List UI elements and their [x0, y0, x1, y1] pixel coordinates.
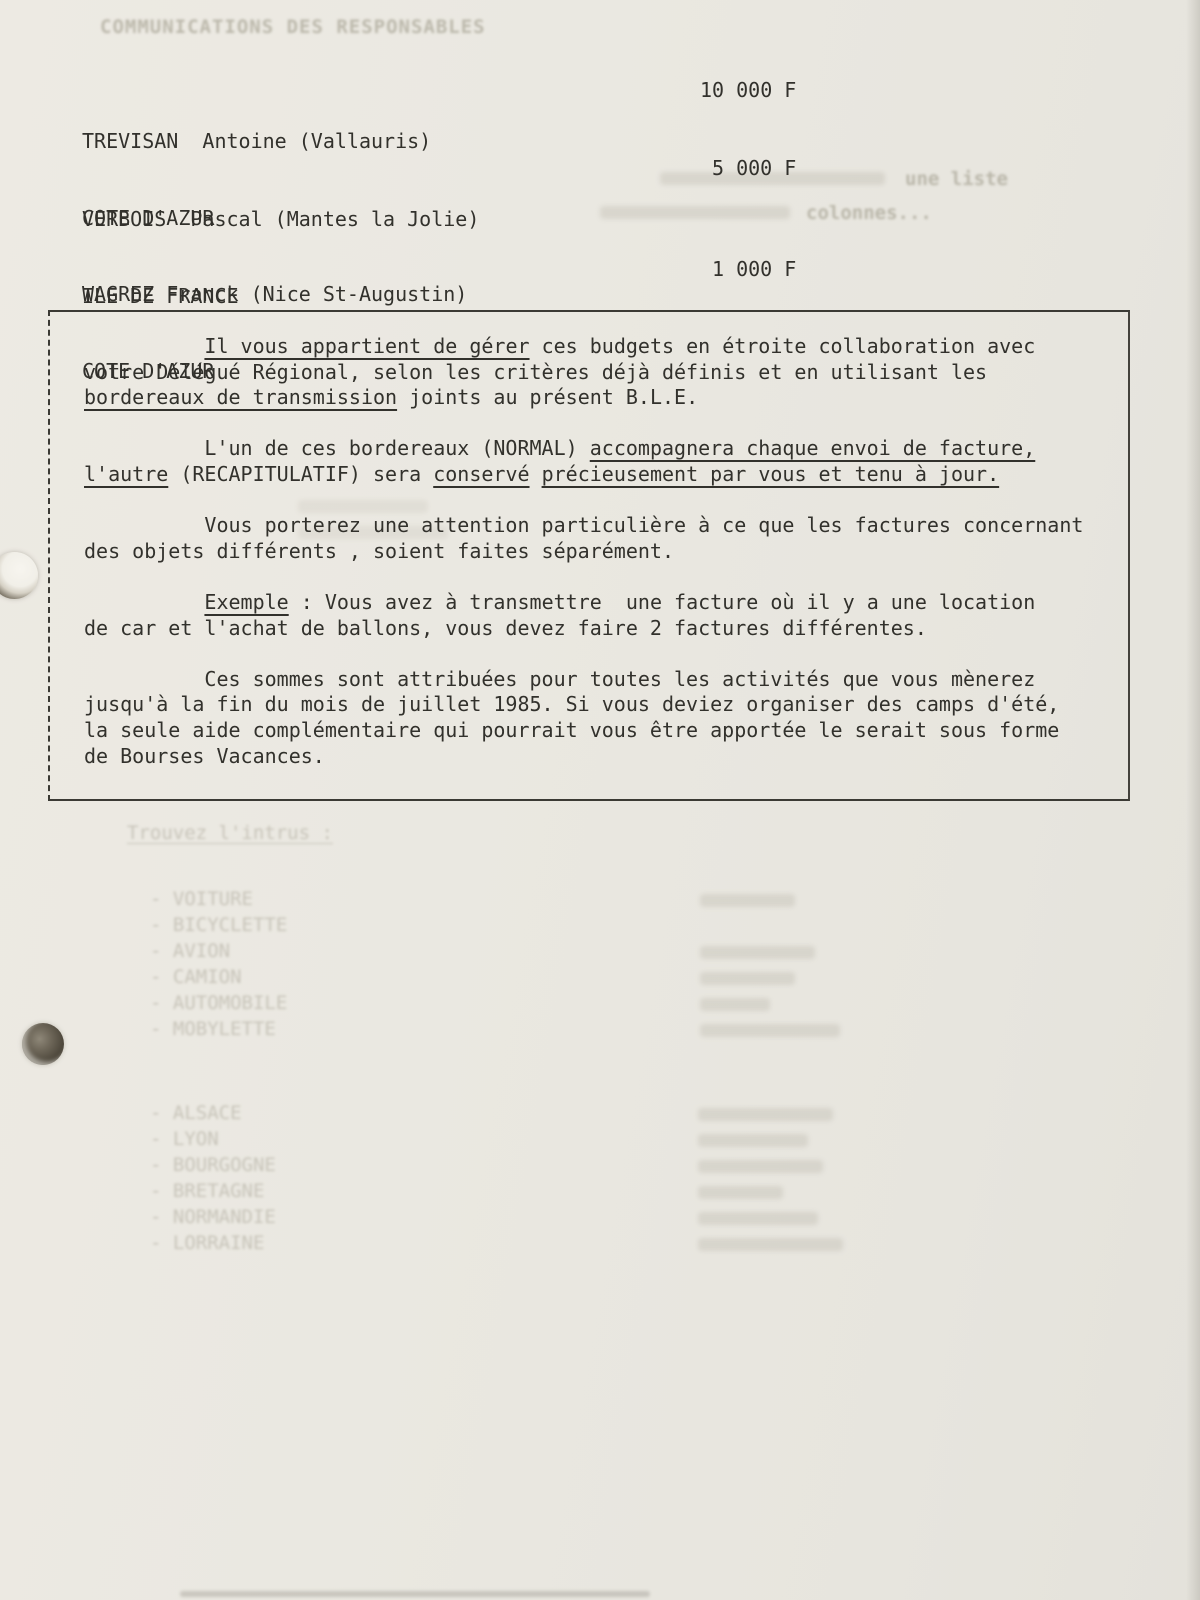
bleedthrough-smudge — [698, 1160, 823, 1173]
scan-edge-shadow — [180, 1591, 650, 1597]
bleedthrough-quiz-title: Trouvez l'intrus : — [127, 820, 333, 846]
bleedthrough-smudge — [700, 972, 795, 985]
instructions-box: Il vous appartient de gérer ces budgets … — [48, 310, 1130, 801]
bleedthrough-smudge — [700, 998, 770, 1011]
bleedthrough-region-list: - ALSACE- LYON- BOURGOGNE- BRETAGNE- NOR… — [150, 1100, 276, 1256]
bleedthrough-vehicle-list: - VOITURE- BICYCLETTE- AVION- CAMION- AU… — [150, 886, 287, 1042]
bleedthrough-smudge — [700, 946, 815, 959]
bleedthrough-smudge — [600, 206, 790, 219]
recipient-name-line: WAGREZ Franck (Nice St-Augustin) — [82, 282, 467, 308]
bleedthrough-smudge — [698, 1186, 783, 1199]
instructions-text: Il vous appartient de gérer ces budgets … — [84, 334, 1116, 769]
budget-amount: 5 000 F — [712, 156, 796, 182]
bleedthrough-smudge — [698, 1134, 808, 1147]
bleedthrough-smudge — [700, 894, 795, 907]
hole-punch — [0, 552, 38, 599]
scan-edge-shadow — [1186, 0, 1200, 1600]
bleedthrough-smudge — [698, 1212, 818, 1225]
budget-amount: 1 000 F — [712, 257, 796, 283]
bleedthrough-smudge — [698, 1108, 833, 1121]
bleedthrough-note-fragment: une liste — [905, 166, 1008, 192]
bleedthrough-note-fragment: colonnes... — [806, 200, 932, 226]
bleedthrough-smudge — [700, 1024, 840, 1037]
budget-amount: 10 000 F — [700, 78, 796, 104]
recipient-name-line: VERBOIS Pascal (Mantes la Jolie) — [82, 207, 479, 233]
hole-punch — [22, 1023, 64, 1065]
scanned-document-page: COMMUNICATIONS DES RESPONSABLES une list… — [0, 0, 1200, 1600]
bleedthrough-header: COMMUNICATIONS DES RESPONSABLES — [100, 14, 486, 40]
bleedthrough-smudge — [698, 1238, 843, 1251]
recipient-name-line: TREVISAN Antoine (Vallauris) — [82, 129, 431, 155]
